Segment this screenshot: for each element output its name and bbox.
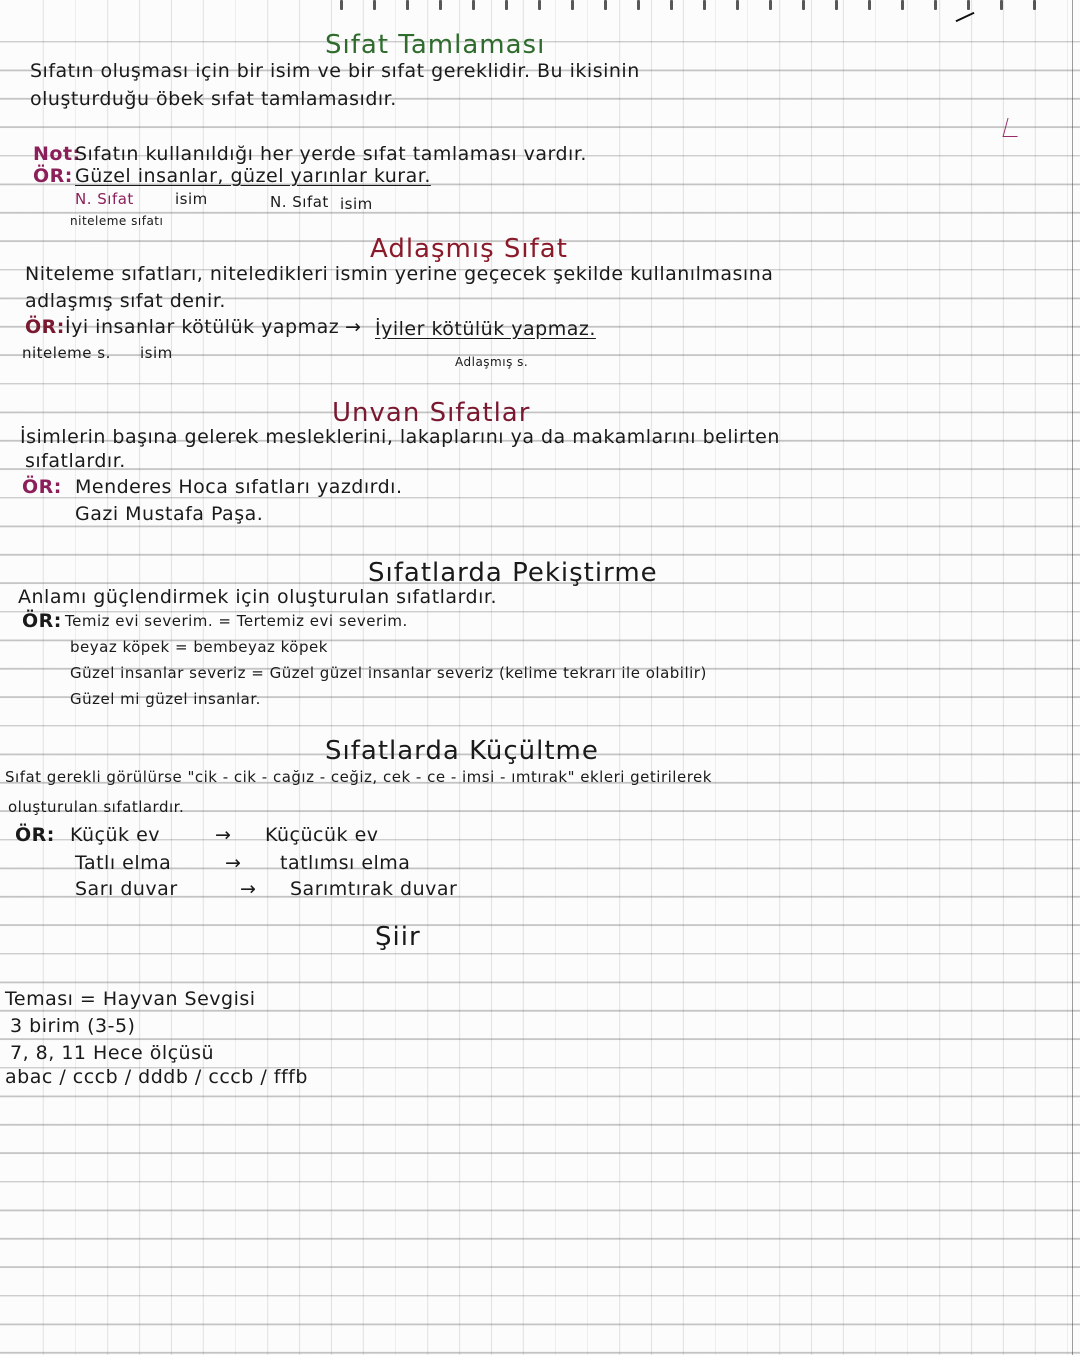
body-line: Anlamı güçlendirmek için oluşturulan sıf… (18, 588, 497, 607)
body-line: sıfatlardır. (25, 452, 126, 471)
body-line: adlaşmış sıfat denir. (25, 292, 226, 311)
example-from: Sarı duvar (75, 880, 178, 899)
example-to: Küçücük ev (265, 826, 379, 845)
body-line: 7, 8, 11 Hece ölçüsü (10, 1044, 214, 1063)
arrow-icon: → (240, 880, 256, 899)
example-label: ÖR: (33, 167, 73, 186)
example-text: Menderes Hoca sıfatları yazdırdı. (75, 478, 403, 497)
body-line: oluşturduğu öbek sıfat tamlamasıdır. (30, 90, 397, 109)
spiral-binding (340, 0, 1040, 12)
example-from: Tatlı elma (75, 854, 171, 873)
annotation: isim (140, 346, 173, 361)
example-label: ÖR: (25, 318, 65, 337)
example-text: Gazi Mustafa Paşa. (75, 505, 263, 524)
example-left: İyi insanlar kötülük yapmaz (65, 318, 339, 337)
annotation: niteleme s. (22, 346, 111, 361)
example-text: Temiz evi severim. = Tertemiz evi severi… (65, 614, 408, 629)
example-to: Sarımtırak duvar (290, 880, 457, 899)
example-from: Küçük ev (70, 826, 160, 845)
arrow-icon: → (225, 854, 241, 873)
example-label: ÖR: (22, 478, 62, 497)
example-text: beyaz köpek = bembeyaz köpek (70, 640, 328, 655)
example-text: Güzel insanlar severiz = Güzel güzel ins… (70, 666, 707, 681)
example-to: tatlımsı elma (280, 854, 410, 873)
annotation: niteleme sıfatı (70, 215, 163, 227)
body-line: abac / cccb / dddb / cccb / fffb (5, 1068, 308, 1087)
body-line: Teması = Hayvan Sevgisi (5, 990, 256, 1009)
section-title-unvan-sifatlar: Unvan Sıfatlar (332, 400, 530, 426)
body-line: Sıfatın oluşması için bir isim ve bir sı… (30, 62, 640, 81)
body-line: Sıfat gerekli görülürse "cik - cik - cağ… (5, 770, 712, 785)
arrow-icon: → (215, 826, 231, 845)
section-title-kucultme: Sıfatlarda Küçültme (325, 738, 599, 764)
example-text: Güzel insanlar, güzel yarınlar kurar. (75, 167, 431, 186)
annotation: isim (340, 197, 373, 212)
annotation: isim (175, 192, 208, 207)
example-text: Güzel mi güzel insanlar. (70, 692, 261, 707)
example-right: İyiler kötülük yapmaz. (375, 320, 596, 339)
body-line: İsimlerin başına gelerek mesleklerini, l… (20, 428, 780, 447)
section-title-siir: Şiir (375, 924, 421, 950)
section-title-adlasmis-sifat: Adlaşmış Sıfat (370, 236, 568, 262)
body-line: 3 birim (3-5) (10, 1017, 135, 1036)
annotation: N. Sıfat (270, 195, 329, 210)
example-label: ÖR: (15, 826, 55, 845)
section-title-pekistirme: Sıfatlarda Pekiştirme (368, 560, 658, 586)
arrow-icon: → (345, 318, 361, 337)
page-edge (1072, 0, 1073, 1355)
note-label: Not: (33, 145, 81, 164)
annotation: Adlaşmış s. (455, 356, 528, 368)
example-label: ÖR: (22, 612, 62, 631)
annotation: N. Sıfat (75, 192, 134, 207)
note-text: Sıfatın kullanıldığı her yerde sıfat tam… (75, 145, 587, 164)
body-line: Niteleme sıfatları, niteledikleri ismin … (25, 265, 773, 284)
section-title-sifat-tamlamasi: Sıfat Tamlaması (325, 32, 545, 58)
body-line: oluşturulan sıfatlardır. (8, 800, 184, 815)
